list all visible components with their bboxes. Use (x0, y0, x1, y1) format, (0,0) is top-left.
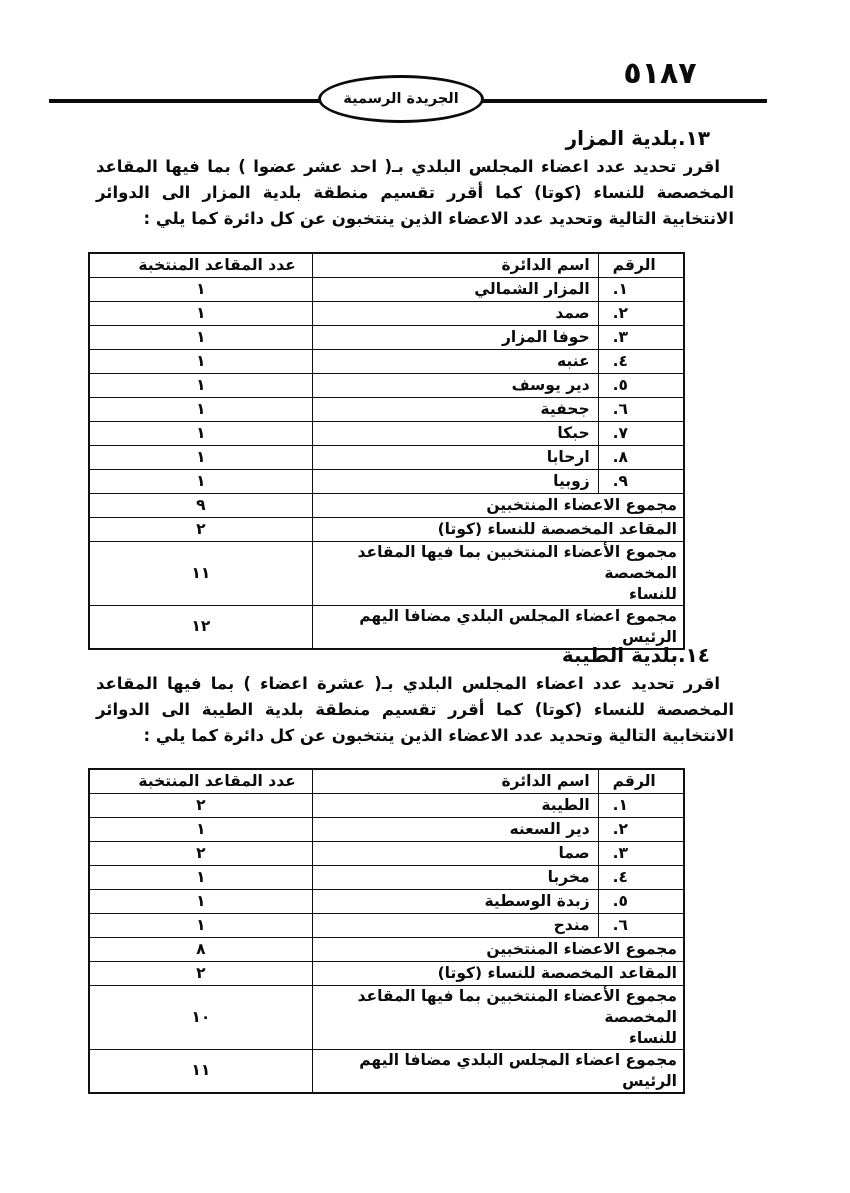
summary-label: مجموع الأعضاء المنتخبين بما فيها المقاعد… (312, 985, 684, 1049)
summary-row: مجموع الأعضاء المنتخبين بما فيها المقاعد… (89, 541, 684, 605)
district-name: جحفية (312, 397, 598, 421)
district-name: المزار الشمالي (312, 277, 598, 301)
row-number: ٣. (598, 841, 684, 865)
district-name: حبكا (312, 421, 598, 445)
row-number: ٤. (598, 865, 684, 889)
seats-count: ١ (89, 889, 312, 913)
row-number: ٥. (598, 373, 684, 397)
table-row: ٨. ارحابا ١ (89, 445, 684, 469)
district-name: مخربا (312, 865, 598, 889)
summary-value: ١١ (89, 541, 312, 605)
summary-row: المقاعد المخصصة للنساء (كوتا) ٢ (89, 517, 684, 541)
row-number: ٨. (598, 445, 684, 469)
row-number: ٤. (598, 349, 684, 373)
row-number: ٥. (598, 889, 684, 913)
table-row: ٦. مندح ١ (89, 913, 684, 937)
row-number: ٦. (598, 913, 684, 937)
summary-label: مجموع الأعضاء المنتخبين بما فيها المقاعد… (312, 541, 684, 605)
summary-row: مجموع الأعضاء المنتخبين بما فيها المقاعد… (89, 985, 684, 1049)
table-row: ٩. زوبيا ١ (89, 469, 684, 493)
summary-value: ١٠ (89, 985, 312, 1049)
row-number: ٧. (598, 421, 684, 445)
summary-label: مجموع الاعضاء المنتخبين (312, 493, 684, 517)
row-number: ٩. (598, 469, 684, 493)
column-header-seats: عدد المقاعد المنتخبة (89, 253, 312, 277)
column-header-seats: عدد المقاعد المنتخبة (89, 769, 312, 793)
table-row: ٥. زبدة الوسطية ١ (89, 889, 684, 913)
seats-count: ٢ (89, 841, 312, 865)
seats-count: ١ (89, 301, 312, 325)
summary-value: ٢ (89, 517, 312, 541)
summary-row: مجموع اعضاء المجلس البلدي مضافا اليهم ال… (89, 1049, 684, 1093)
district-name: صما (312, 841, 598, 865)
section-heading-altaybeh: ١٤.بلدية الطيبة (88, 643, 710, 667)
table-row: ٧. حبكا ١ (89, 421, 684, 445)
table-row: ٤. مخربا ١ (89, 865, 684, 889)
summary-label: المقاعد المخصصة للنساء (كوتا) (312, 961, 684, 985)
section-paragraph-altaybeh: اقرر تحديد عدد اعضاء المجلس البلدي بـ( ع… (96, 671, 734, 749)
district-name: دير يوسف (312, 373, 598, 397)
seats-count: ١ (89, 469, 312, 493)
district-name: عنبه (312, 349, 598, 373)
table-row: ٦. جحفية ١ (89, 397, 684, 421)
summary-value: ٢ (89, 961, 312, 985)
table-row: ٢. صمد ١ (89, 301, 684, 325)
summary-value: ١١ (89, 1049, 312, 1093)
seats-count: ١ (89, 277, 312, 301)
seats-count: ٢ (89, 793, 312, 817)
summary-row: مجموع الاعضاء المنتخبين ٩ (89, 493, 684, 517)
summary-row: مجموع الاعضاء المنتخبين ٨ (89, 937, 684, 961)
column-header-number: الرقم (598, 253, 684, 277)
district-name: مندح (312, 913, 598, 937)
table-row: ٤. عنبه ١ (89, 349, 684, 373)
row-number: ٣. (598, 325, 684, 349)
summary-value: ٩ (89, 493, 312, 517)
seats-count: ١ (89, 325, 312, 349)
district-name: زبدة الوسطية (312, 889, 598, 913)
district-name: الطيبة (312, 793, 598, 817)
seats-count: ١ (89, 817, 312, 841)
district-name: ارحابا (312, 445, 598, 469)
seats-count: ١ (89, 445, 312, 469)
district-name: صمد (312, 301, 598, 325)
gazette-page: { "header": { "page_number": "٥١٨٧", "ba… (0, 0, 850, 1193)
summary-value: ٨ (89, 937, 312, 961)
row-number: ٢. (598, 817, 684, 841)
seats-count: ١ (89, 349, 312, 373)
summary-row: مجموع اعضاء المجلس البلدي مضافا اليهم ال… (89, 605, 684, 649)
table-row: ١. المزار الشمالي ١ (89, 277, 684, 301)
table-header-row: الرقم اسم الدائرة عدد المقاعد المنتخبة (89, 769, 684, 793)
seats-count: ١ (89, 397, 312, 421)
section-paragraph-almazar: اقرر تحديد عدد اعضاء المجلس البلدي بـ( ا… (96, 154, 734, 232)
column-header-district: اسم الدائرة (312, 253, 598, 277)
row-number: ٦. (598, 397, 684, 421)
section-heading-almazar: ١٣.بلدية المزار (88, 126, 710, 150)
row-number: ١. (598, 277, 684, 301)
page-number: ٥١٨٧ (560, 56, 760, 91)
summary-label: المقاعد المخصصة للنساء (كوتا) (312, 517, 684, 541)
district-name: حوفا المزار (312, 325, 598, 349)
district-name: دير السعنه (312, 817, 598, 841)
seats-count: ١ (89, 373, 312, 397)
gazette-badge-label: الجريدة الرسمية (343, 91, 458, 107)
table-row: ٢. دير السعنه ١ (89, 817, 684, 841)
summary-value: ١٢ (89, 605, 312, 649)
row-number: ٢. (598, 301, 684, 325)
summary-label: مجموع اعضاء المجلس البلدي مضافا اليهم ال… (312, 1049, 684, 1093)
table-row: ١. الطيبة ٢ (89, 793, 684, 817)
table-row: ٣. صما ٢ (89, 841, 684, 865)
table-row: ٥. دير يوسف ١ (89, 373, 684, 397)
district-name: زوبيا (312, 469, 598, 493)
summary-label: مجموع الاعضاء المنتخبين (312, 937, 684, 961)
summary-row: المقاعد المخصصة للنساء (كوتا) ٢ (89, 961, 684, 985)
gazette-badge: الجريدة الرسمية (318, 75, 484, 123)
row-number: ١. (598, 793, 684, 817)
seats-count: ١ (89, 421, 312, 445)
table-row: ٣. حوفا المزار ١ (89, 325, 684, 349)
altaybeh-districts-table: الرقم اسم الدائرة عدد المقاعد المنتخبة ١… (88, 768, 685, 1094)
column-header-number: الرقم (598, 769, 684, 793)
column-header-district: اسم الدائرة (312, 769, 598, 793)
summary-label: مجموع اعضاء المجلس البلدي مضافا اليهم ال… (312, 605, 684, 649)
almazar-districts-table: الرقم اسم الدائرة عدد المقاعد المنتخبة ١… (88, 252, 685, 650)
seats-count: ١ (89, 865, 312, 889)
seats-count: ١ (89, 913, 312, 937)
table-header-row: الرقم اسم الدائرة عدد المقاعد المنتخبة (89, 253, 684, 277)
